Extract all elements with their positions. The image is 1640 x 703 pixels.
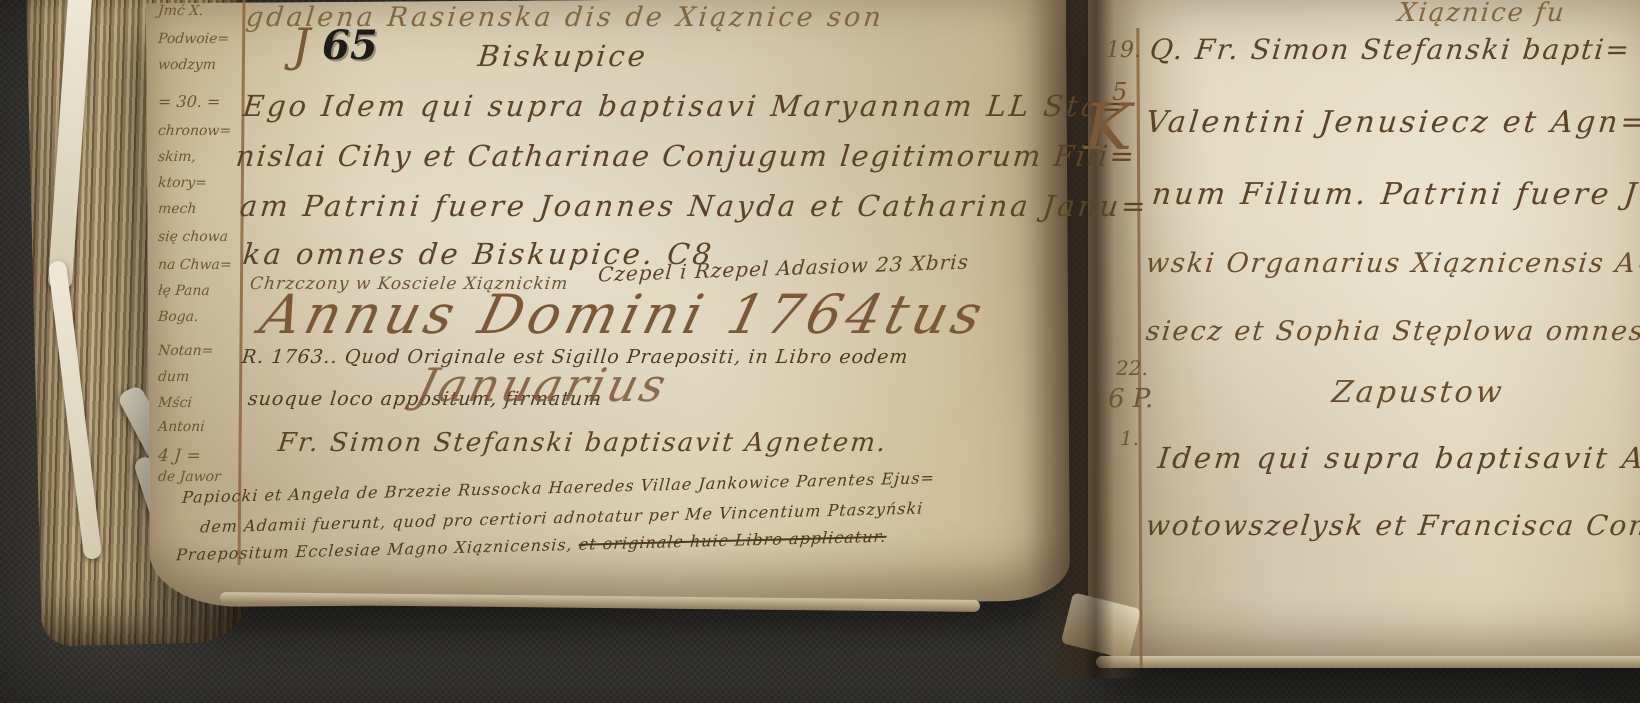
entry-line: Ego Idem qui supra baptisavi Maryannam L… <box>241 92 1130 121</box>
right-entry-line: Idem qui supra baptisavit A= <box>1156 444 1640 473</box>
right-entry-line: Q. Fr. Simon Stefanski bapti= <box>1149 36 1633 64</box>
right-entry-line: wski Organarius Xiąznicensis A= <box>1145 250 1640 277</box>
margin-note: wodzym <box>158 58 245 72</box>
year-script: Annus Domini 1764tus <box>255 288 992 342</box>
margin-note: dum <box>158 370 245 384</box>
margin-note: Notan= <box>158 344 245 358</box>
right-place-line: Zapustow <box>1330 378 1506 408</box>
margin-note: = 30. = <box>157 94 244 110</box>
month-script: Januarius <box>412 362 673 408</box>
manuscript-photo: Jmć X. Podwoie= wodzym = 30. = chronow= … <box>0 0 1640 703</box>
entry-number-flourish: J <box>292 22 310 68</box>
margin-note: Antoni <box>158 420 245 434</box>
margin-note: Boga. <box>158 310 245 324</box>
right-margin-number: 6 P. <box>1108 386 1153 412</box>
margin-note: de Jawor <box>158 470 245 484</box>
right-entry-line: num Filium. Patrini fuere J= <box>1150 180 1640 210</box>
baptism-line: Fr. Simon Stefanski baptisavit Agnetem. <box>277 430 889 456</box>
right-top-cropped-line: Xiąznice fu <box>1397 0 1567 26</box>
margin-note: łę Pana <box>158 284 245 298</box>
margin-note: Podwoie= <box>158 32 245 46</box>
margin-note: Mści <box>158 396 245 410</box>
margin-note: na Chwa= <box>158 258 245 272</box>
margin-note: się chowa <box>158 230 245 244</box>
margin-note: skim, <box>158 150 245 164</box>
right-entry-line: wotowszelysk et Francisca Conju= <box>1145 512 1640 540</box>
right-margin-number: 1. <box>1120 428 1139 448</box>
right-entry-line: siecz et Sophia Stęplowa omnes de <box>1145 318 1640 345</box>
entry-line: am Patrini fuere Joannes Nayda et Cathar… <box>238 192 1149 221</box>
entry-line: nislai Cihy et Catharinae Conjugum legit… <box>234 142 1137 171</box>
margin-note: Jmć X. <box>158 4 245 18</box>
heading-biskupice: Biskupice <box>476 42 649 71</box>
margin-note: chronow= <box>158 124 245 138</box>
margin-note: mech <box>158 202 245 216</box>
right-page-under-edge <box>1096 656 1640 668</box>
margin-note: ktory= <box>158 176 245 190</box>
right-margin-initial: K <box>1084 96 1132 160</box>
right-margin-number: 22. <box>1116 358 1148 378</box>
margin-note: 4 J = <box>157 448 244 465</box>
right-entry-line: Valentini Jenusiecz et Agn= <box>1144 108 1640 138</box>
entry-number: 65 <box>322 26 378 66</box>
right-margin-number: 19. <box>1106 40 1141 62</box>
